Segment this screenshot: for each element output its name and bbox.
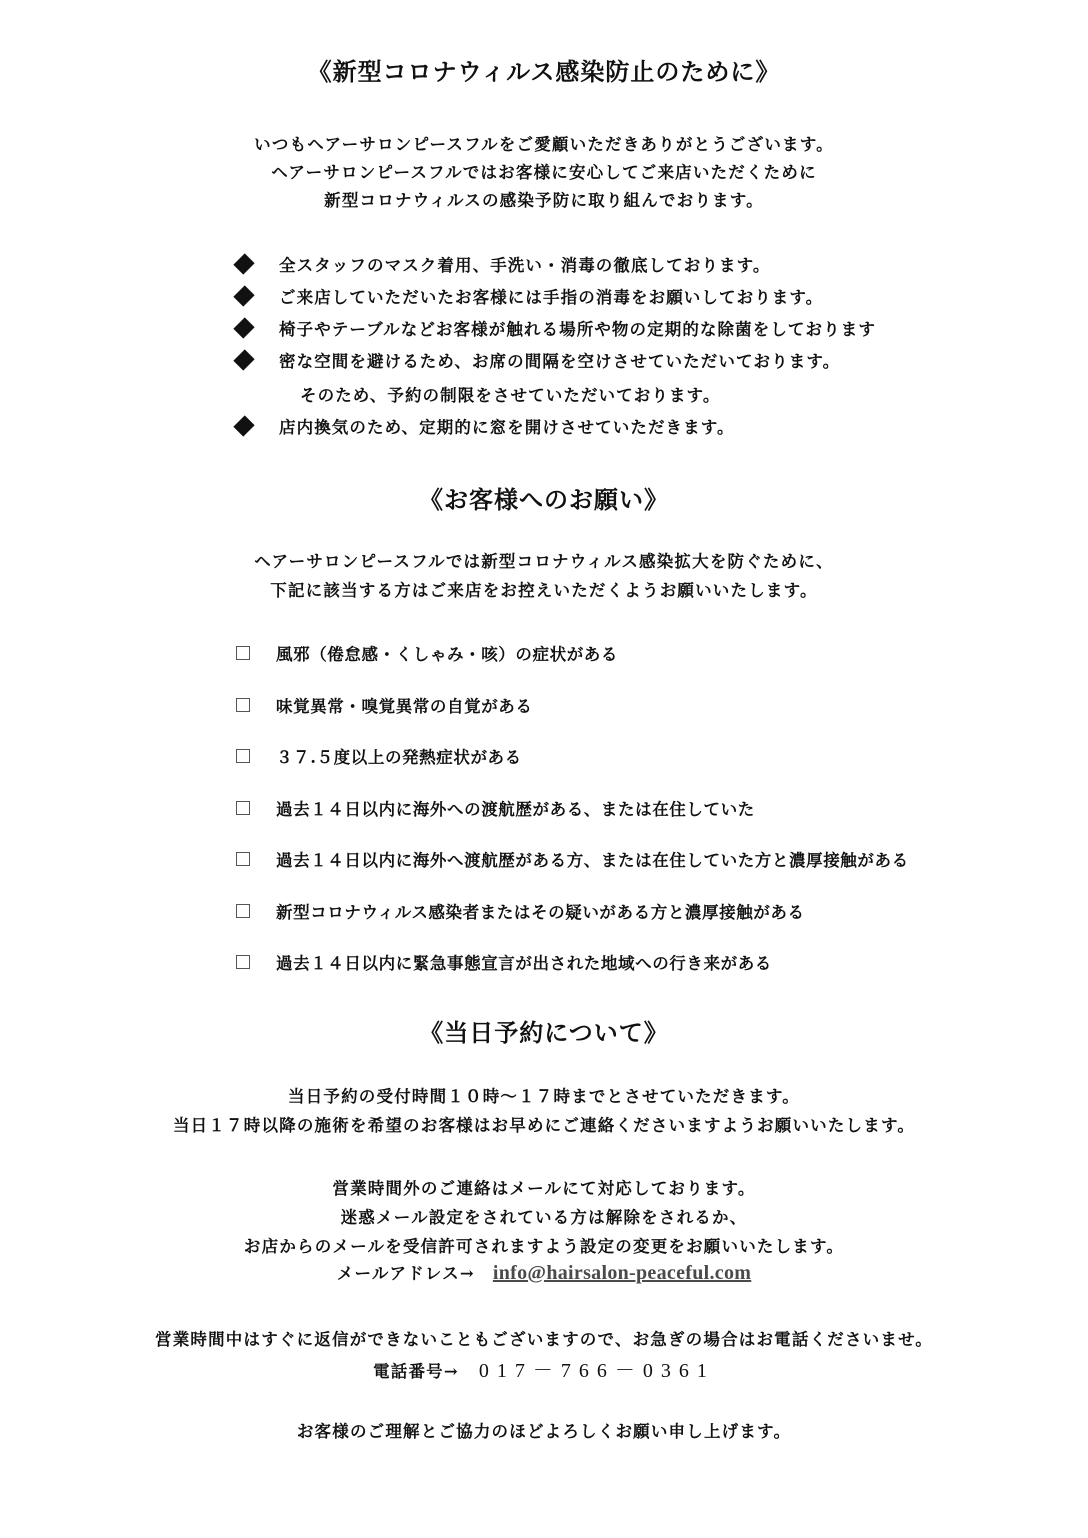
email-label: メールアドレス→ bbox=[337, 1264, 475, 1283]
email-link[interactable]: info@hairsalon-peaceful.com bbox=[493, 1262, 751, 1284]
checklist-item: 新型コロナウィルス感染者またはその疑いがある方と濃厚接触がある bbox=[236, 899, 805, 923]
closing-line: お客様のご理解とご協力のほどよろしくお願い申し上げます。 bbox=[0, 1418, 1088, 1442]
bullet-text: 密な空間を避けるため、お席の間隔を空けさせていただいております。 bbox=[279, 348, 840, 372]
checklist-item: ３７.５度以上の発熱症状がある bbox=[236, 744, 522, 768]
intro-line: 新型コロナウィルスの感染予防に取り組んでおります。 bbox=[0, 187, 1088, 211]
bullet-continuation: そのため、予約の制限をさせていただいております。 bbox=[300, 382, 720, 406]
contact-line: 迷惑メール設定をされている方は解除をされるか、 bbox=[0, 1204, 1088, 1228]
checkbox-icon bbox=[236, 904, 250, 918]
bullet-text: ご来店していただいたお客様には手指の消毒をお願いしております。 bbox=[279, 284, 823, 308]
checkbox-icon bbox=[236, 646, 250, 660]
phone-intro-line: 営業時間中はすぐに返信ができないこともございますので、お急ぎの場合はお電話くださ… bbox=[0, 1326, 1088, 1350]
checklist-text: 新型コロナウィルス感染者またはその疑いがある方と濃厚接触がある bbox=[276, 899, 805, 923]
phone-row: 電話番号→017－766－0361 bbox=[0, 1354, 1088, 1383]
section-title-infection-prevention: 《新型コロナウィルス感染防止のために》 bbox=[0, 52, 1088, 87]
checklist-text: ３７.５度以上の発熱症状がある bbox=[276, 744, 522, 768]
checklist-item: 過去１４日以内に海外への渡航歴がある、または在住していた bbox=[236, 796, 755, 820]
checklist-item: 過去１４日以内に緊急事態宣言が出された地域への行き来がある bbox=[236, 950, 772, 974]
checklist-item: 風邪（倦怠感・くしゃみ・咳）の症状がある bbox=[236, 641, 618, 665]
checkbox-icon bbox=[236, 955, 250, 969]
checklist-text: 過去１４日以内に緊急事態宣言が出された地域への行き来がある bbox=[276, 950, 772, 974]
checklist-text: 過去１４日以内に海外への渡航歴がある、または在住していた bbox=[276, 796, 755, 820]
bullet-item: ご来店していただいたお客様には手指の消毒をお願いしております。 bbox=[233, 284, 823, 308]
checkbox-icon bbox=[236, 852, 250, 866]
contact-line: お店からのメールを受信許可されますよう設定の変更をお願いいたします。 bbox=[0, 1233, 1088, 1257]
diamond-icon bbox=[233, 349, 254, 370]
checkbox-icon bbox=[236, 801, 250, 815]
notice-page: 《新型コロナウィルス感染防止のために》 いつもヘアーサロンピースフルをご愛顧いた… bbox=[0, 0, 1088, 1538]
diamond-icon bbox=[233, 253, 254, 274]
reservation-line: 当日予約の受付時間１０時～１７時までとさせていただきます。 bbox=[0, 1083, 1088, 1107]
bullet-text: 椅子やテーブルなどお客様が触れる場所や物の定期的な除菌をしております bbox=[279, 316, 876, 340]
intro-line: いつもヘアーサロンピースフルをご愛顧いただきありがとうございます。 bbox=[0, 131, 1088, 155]
bullet-item: 密な空間を避けるため、お席の間隔を空けさせていただいております。 bbox=[233, 348, 840, 372]
phone-number: 017－766－0361 bbox=[479, 1360, 715, 1382]
reservation-line: 当日１７時以降の施術を希望のお客様はお早めにご連絡くださいますようお願いいたしま… bbox=[0, 1112, 1088, 1136]
diamond-icon bbox=[233, 285, 254, 306]
checklist-text: 風邪（倦怠感・くしゃみ・咳）の症状がある bbox=[276, 641, 618, 665]
bullet-item: 椅子やテーブルなどお客様が触れる場所や物の定期的な除菌をしております bbox=[233, 316, 876, 340]
checklist-item: 味覚異常・嗅覚異常の自覚がある bbox=[236, 693, 533, 717]
phone-label: 電話番号→ bbox=[373, 1362, 459, 1381]
bullet-item: 店内換気のため、定期的に窓を開けさせていただきます。 bbox=[233, 414, 735, 438]
diamond-icon bbox=[233, 317, 254, 338]
section-title-same-day-reservation: 《当日予約について》 bbox=[0, 1013, 1088, 1048]
email-row: メールアドレス→info@hairsalon-peaceful.com bbox=[0, 1260, 1088, 1285]
request-intro-line: 下記に該当する方はご来店をお控えいただくようお願いいたします。 bbox=[0, 577, 1088, 601]
request-intro-line: ヘアーサロンピースフルでは新型コロナウィルス感染拡大を防ぐために、 bbox=[0, 548, 1088, 572]
bullet-text: 店内換気のため、定期的に窓を開けさせていただきます。 bbox=[279, 414, 735, 438]
checklist-item: 過去１４日以内に海外へ渡航歴がある方、または在住していた方と濃厚接触がある bbox=[236, 847, 909, 871]
bullet-text: 全スタッフのマスク着用、手洗い・消毒の徹底しております。 bbox=[279, 252, 770, 276]
checklist-text: 味覚異常・嗅覚異常の自覚がある bbox=[276, 693, 533, 717]
intro-line: ヘアーサロンピースフルではお客様に安心してご来店いただくために bbox=[0, 159, 1088, 183]
bullet-item: 全スタッフのマスク着用、手洗い・消毒の徹底しております。 bbox=[233, 252, 770, 276]
section-title-customer-request: 《お客様へのお願い》 bbox=[0, 480, 1088, 515]
checklist-text: 過去１４日以内に海外へ渡航歴がある方、または在住していた方と濃厚接触がある bbox=[276, 847, 909, 871]
checkbox-icon bbox=[236, 698, 250, 712]
diamond-icon bbox=[233, 415, 254, 436]
checkbox-icon bbox=[236, 749, 250, 763]
contact-line: 営業時間外のご連絡はメールにて対応しております。 bbox=[0, 1175, 1088, 1199]
